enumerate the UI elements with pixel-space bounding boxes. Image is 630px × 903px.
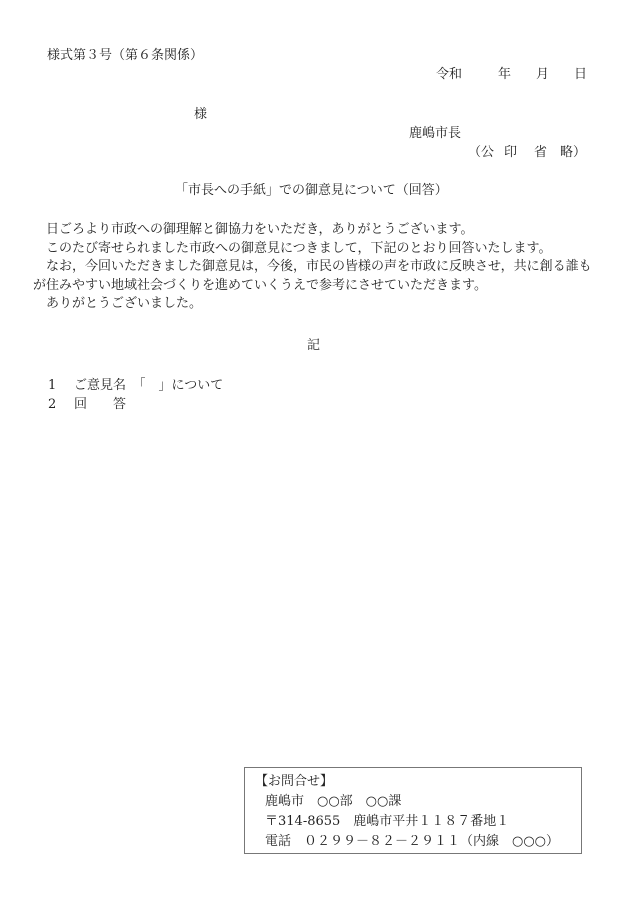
body-paragraph: このたび寄せられました市政への御意見につきまして，下記のとおり回答いたします。 (33, 240, 593, 259)
sender-name: 鹿嶋市長 (409, 126, 461, 142)
ki-heading: 記 (307, 338, 320, 354)
date-year-unit: 年 (498, 67, 518, 83)
body-paragraph: なお，今回いただきました御意見は，今後，市民の皆様の声を市政に反映させ，共に創る… (33, 258, 593, 295)
inquiry-heading: 【お問合せ】 (255, 772, 581, 792)
date-month-unit: 月 (536, 67, 556, 83)
inquiry-box: 【お問合せ】 鹿嶋市 ○○部 ○○課 〒314-8655 鹿嶋市平井１１８７番地… (244, 767, 582, 854)
list-item: 1 ご意見名 「 」について (48, 376, 223, 395)
seal-part: 印 (504, 145, 534, 161)
item-label: 回 答 (74, 395, 126, 414)
body-paragraph: ありがとうございました。 (33, 295, 593, 314)
item-list: 1 ご意見名 「 」について 2 回 答 (48, 376, 223, 414)
form-number: 様式第３号（第６条関係） (47, 48, 203, 64)
inquiry-department: 鹿嶋市 ○○部 ○○課 (255, 792, 581, 812)
list-item: 2 回 答 (48, 395, 223, 414)
body-text: 日ごろより市政への御理解と御協力をいただき，ありがとうございます。 このたび寄せ… (33, 221, 593, 314)
seal-part: 省 (534, 145, 560, 161)
date-line: 令和年月日 (436, 67, 588, 83)
seal-omitted-note: （公印省略） (468, 145, 586, 161)
recipient-suffix: 様 (194, 107, 207, 123)
date-era: 令和 (436, 67, 482, 83)
document-subject: 「市長への手紙」での御意見について（回答） (175, 183, 448, 199)
inquiry-address: 〒314-8655 鹿嶋市平井１１８７番地１ (255, 812, 581, 832)
inquiry-phone: 電話 ０２９９－８２－２９１１（内線 ○○○） (255, 832, 581, 852)
date-day-unit: 日 (574, 67, 588, 83)
seal-part: （公 (468, 145, 504, 161)
body-paragraph: 日ごろより市政への御理解と御協力をいただき，ありがとうございます。 (33, 221, 593, 240)
item-number: 1 (48, 376, 74, 395)
item-number: 2 (48, 395, 74, 414)
seal-part: 略） (560, 145, 586, 161)
item-label: ご意見名 「 」について (74, 376, 223, 395)
